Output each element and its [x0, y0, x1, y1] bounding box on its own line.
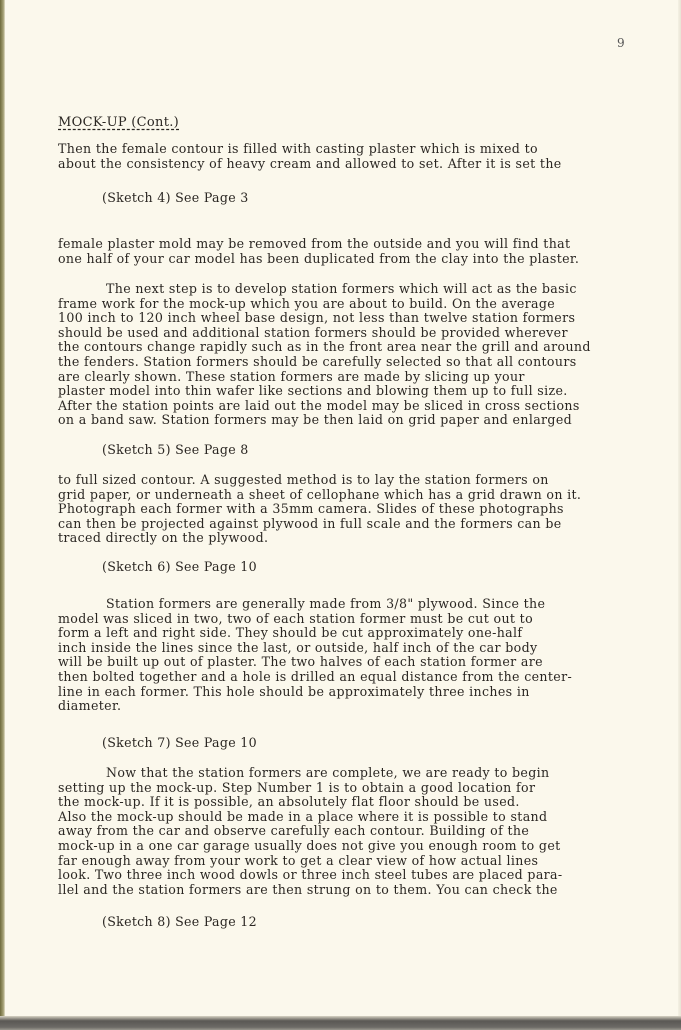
page-number: 9	[617, 36, 625, 50]
book-binding-edge	[0, 0, 5, 1030]
sketch-reference: (Sketch 6) See Page 10	[102, 559, 257, 574]
paragraph: The next step is to develop station form…	[58, 282, 638, 428]
paragraph: Station formers are generally made from …	[58, 597, 638, 714]
paragraph: Then the female contour is filled with c…	[58, 142, 638, 171]
section-heading: MOCK-UP (Cont.)	[58, 115, 179, 130]
paragraph: to full sized contour. A suggested metho…	[58, 473, 638, 546]
paragraph: Now that the station formers are complet…	[58, 766, 638, 897]
page-bottom-edge	[0, 1016, 681, 1030]
paragraph: female plaster mold may be removed from …	[58, 237, 638, 266]
sketch-reference: (Sketch 7) See Page 10	[102, 735, 257, 750]
sketch-reference: (Sketch 4) See Page 3	[102, 190, 249, 205]
sketch-reference: (Sketch 5) See Page 8	[102, 442, 249, 457]
sketch-reference: (Sketch 8) See Page 12	[102, 914, 257, 929]
